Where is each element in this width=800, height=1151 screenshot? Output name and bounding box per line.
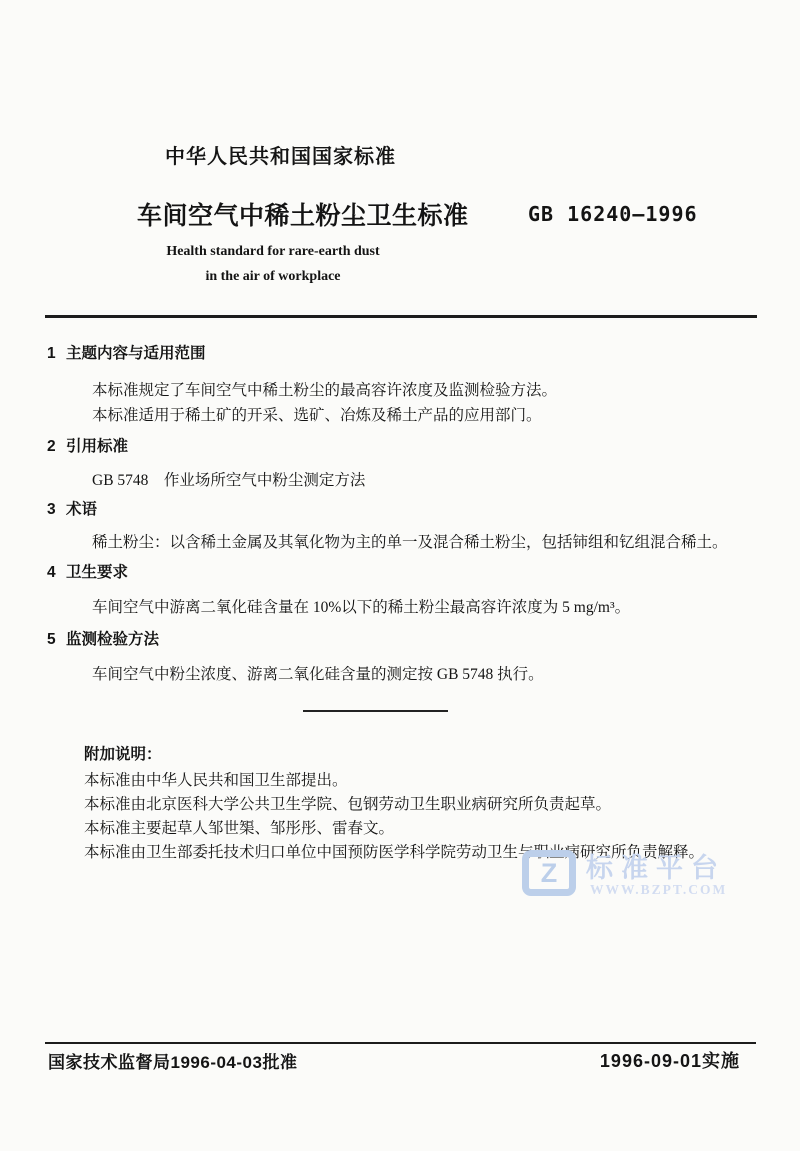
- section-5-number: 5: [47, 630, 66, 650]
- section-4-number: 4: [47, 563, 66, 583]
- section-2-title: 引用标准: [66, 438, 128, 455]
- addendum-heading: 附加说明：: [84, 745, 759, 765]
- section-1-title: 主题内容与适用范围: [66, 345, 206, 362]
- footer-rule: [45, 1042, 756, 1044]
- addendum-line-1: 本标准由中华人民共和国卫生部提出。: [84, 769, 759, 793]
- header-rule: [45, 315, 757, 318]
- section-1-heading: 1主题内容与适用范围: [47, 344, 759, 364]
- section-2-number: 2: [47, 437, 66, 457]
- section-5-title: 监测检验方法: [66, 631, 159, 648]
- doc-title-en-line2: in the air of workplace: [123, 269, 423, 285]
- addendum-line-3: 本标准主要起草人邹世榘、邹彤彤、雷春文。: [84, 817, 759, 841]
- section-1-paragraph-1: 本标准规定了车间空气中稀土粉尘的最高容许浓度及监测检验方法。: [47, 378, 759, 403]
- section-5-heading: 5监测检验方法: [47, 630, 759, 650]
- section-4-title: 卫生要求: [66, 564, 128, 581]
- national-standard-label: 中华人民共和国国家标准: [165, 140, 396, 169]
- watermark-url: WWW.BZPT.COM: [590, 882, 727, 898]
- section-3-heading: 3术语: [47, 500, 759, 520]
- section-2-heading: 2引用标准: [47, 437, 759, 457]
- document-body: 1主题内容与适用范围 本标准规定了车间空气中稀土粉尘的最高容许浓度及监测检验方法…: [47, 338, 759, 865]
- section-1-paragraph-2: 本标准适用于稀土矿的开采、选矿、冶炼及稀土产品的应用部门。: [47, 403, 759, 428]
- section-4-paragraph-1: 车间空气中游离二氧化硅含量在 10%以下的稀土粉尘最高容许浓度为 5 mg/m³…: [47, 595, 759, 620]
- addendum-line-4: 本标准由卫生部委托技术归口单位中国预防医学科学院劳动卫生与职业病研究所负责解释。: [84, 841, 759, 865]
- section-3-number: 3: [47, 500, 66, 520]
- addendum-block: 附加说明： 本标准由中华人民共和国卫生部提出。 本标准由北京医科大学公共卫生学院…: [47, 745, 759, 865]
- doc-title-zh: 车间空气中稀土粉尘卫生标准: [137, 196, 469, 232]
- mid-divider-rule: [303, 710, 448, 712]
- doc-title-en: Health standard for rare-earth dust in t…: [123, 244, 423, 285]
- section-4-heading: 4卫生要求: [47, 563, 759, 583]
- section-2-paragraph-1: GB 5748 作业场所空气中粉尘测定方法: [47, 468, 759, 493]
- section-5-paragraph-1: 车间空气中粉尘浓度、游离二氧化硅含量的测定按 GB 5748 执行。: [47, 662, 759, 687]
- addendum-line-2: 本标准由北京医科大学公共卫生学院、包钢劳动卫生职业病研究所负责起草。: [84, 793, 759, 817]
- approval-text: 国家技术监督局1996-04-03批准: [48, 1048, 297, 1073]
- scanned-standard-document-page: 中华人民共和国国家标准 车间空气中稀土粉尘卫生标准 GB 16240—1996 …: [0, 0, 800, 1151]
- implementation-text: 1996-09-01实施: [600, 1047, 740, 1073]
- section-1-number: 1: [47, 344, 66, 364]
- section-3-title: 术语: [66, 501, 97, 518]
- doc-title-en-line1: Health standard for rare-earth dust: [123, 244, 423, 260]
- section-3-paragraph-1: 稀土粉尘：以含稀土金属及其氧化物为主的单一及混合稀土粉尘，包括铈组和钇组混合稀土…: [47, 530, 759, 555]
- standard-number: GB 16240—1996: [528, 202, 698, 226]
